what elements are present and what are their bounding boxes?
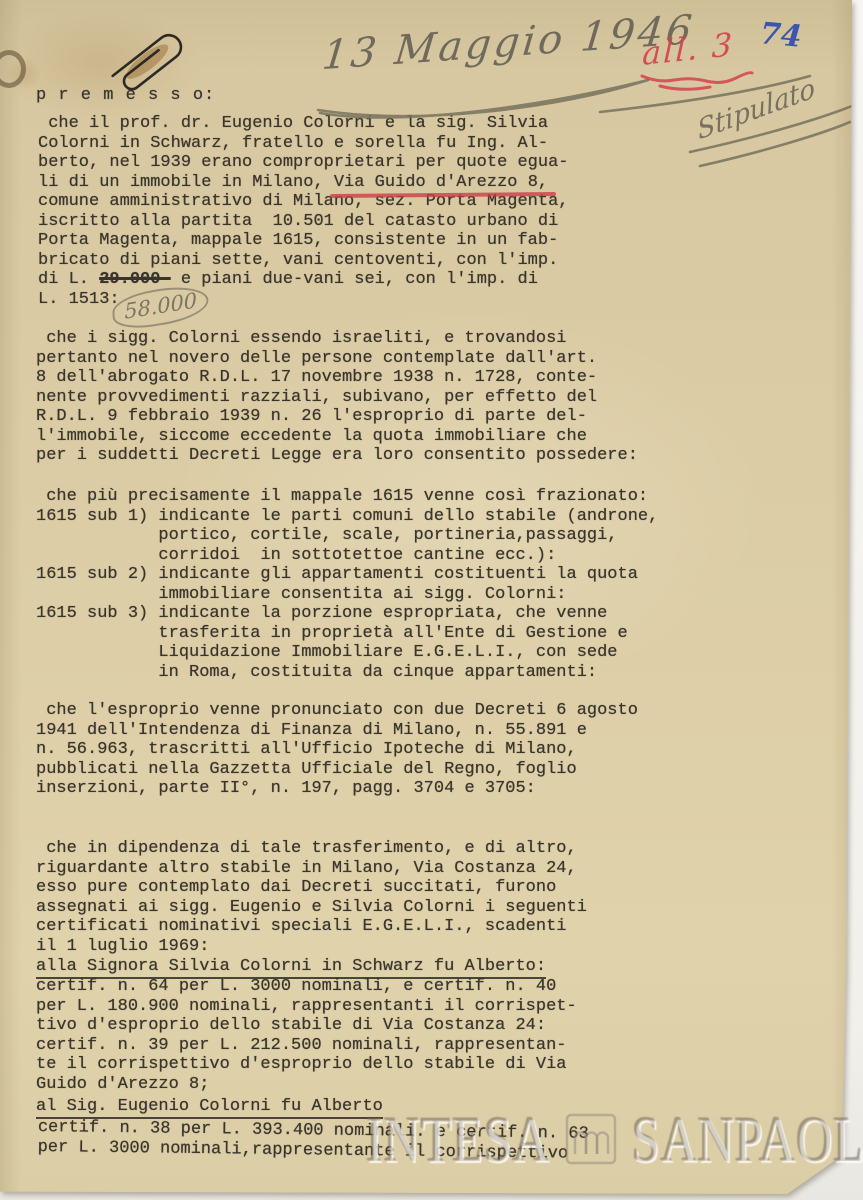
heading-eugenio-text: al Sig. Eugenio Colorni fu Alberto <box>36 1097 383 1119</box>
heading-silvia: alla Signora Silvia Colorni in Schwarz f… <box>36 957 546 977</box>
paragraph-property: che il prof. dr. Eugenio Colorni e la si… <box>38 114 569 309</box>
paragraph-certificati: che in dipendenza di tale trasferimento,… <box>36 839 587 956</box>
page-number: 74 <box>759 16 804 55</box>
paper-sheet: p r e m e s s o: che il prof. dr. Eugeni… <box>0 0 852 1194</box>
amount-correction-text: 58.000 <box>124 288 198 324</box>
address-red-underline: Via Guido d'Arezzo 8, <box>334 173 548 192</box>
paragraph-frazionamento: che più precisamente il mappale 1615 ven… <box>36 487 658 682</box>
heading-silvia-text: alla Signora Silvia Colorni in Schwarz f… <box>36 957 546 979</box>
premesso-heading: p r e m e s s o: <box>36 86 215 106</box>
ink-ring-stain <box>0 50 26 88</box>
paragraph-decreti: che l'esproprio venne pronunciato con du… <box>36 701 638 799</box>
scanned-document-page: p r e m e s s o: che il prof. dr. Eugeni… <box>0 0 863 1200</box>
struck-amount: 29.000- <box>99 270 170 289</box>
paragraph-racial-laws: che i sigg. Colorni essendo israeliti, e… <box>36 329 638 466</box>
heading-eugenio: al Sig. Eugenio Colorni fu Alberto <box>36 1097 383 1117</box>
paragraph-silvia-certificates: certif. n. 64 per L. 3000 nominali, e ce… <box>36 977 577 1094</box>
handwritten-date: 13 Maggio 1946 <box>320 7 697 79</box>
paragraph-eugenio-certificates: certif. n. 38 per L. 393.400 nominali. e… <box>38 1118 589 1164</box>
stipulato-note: Stipulato <box>696 73 817 147</box>
